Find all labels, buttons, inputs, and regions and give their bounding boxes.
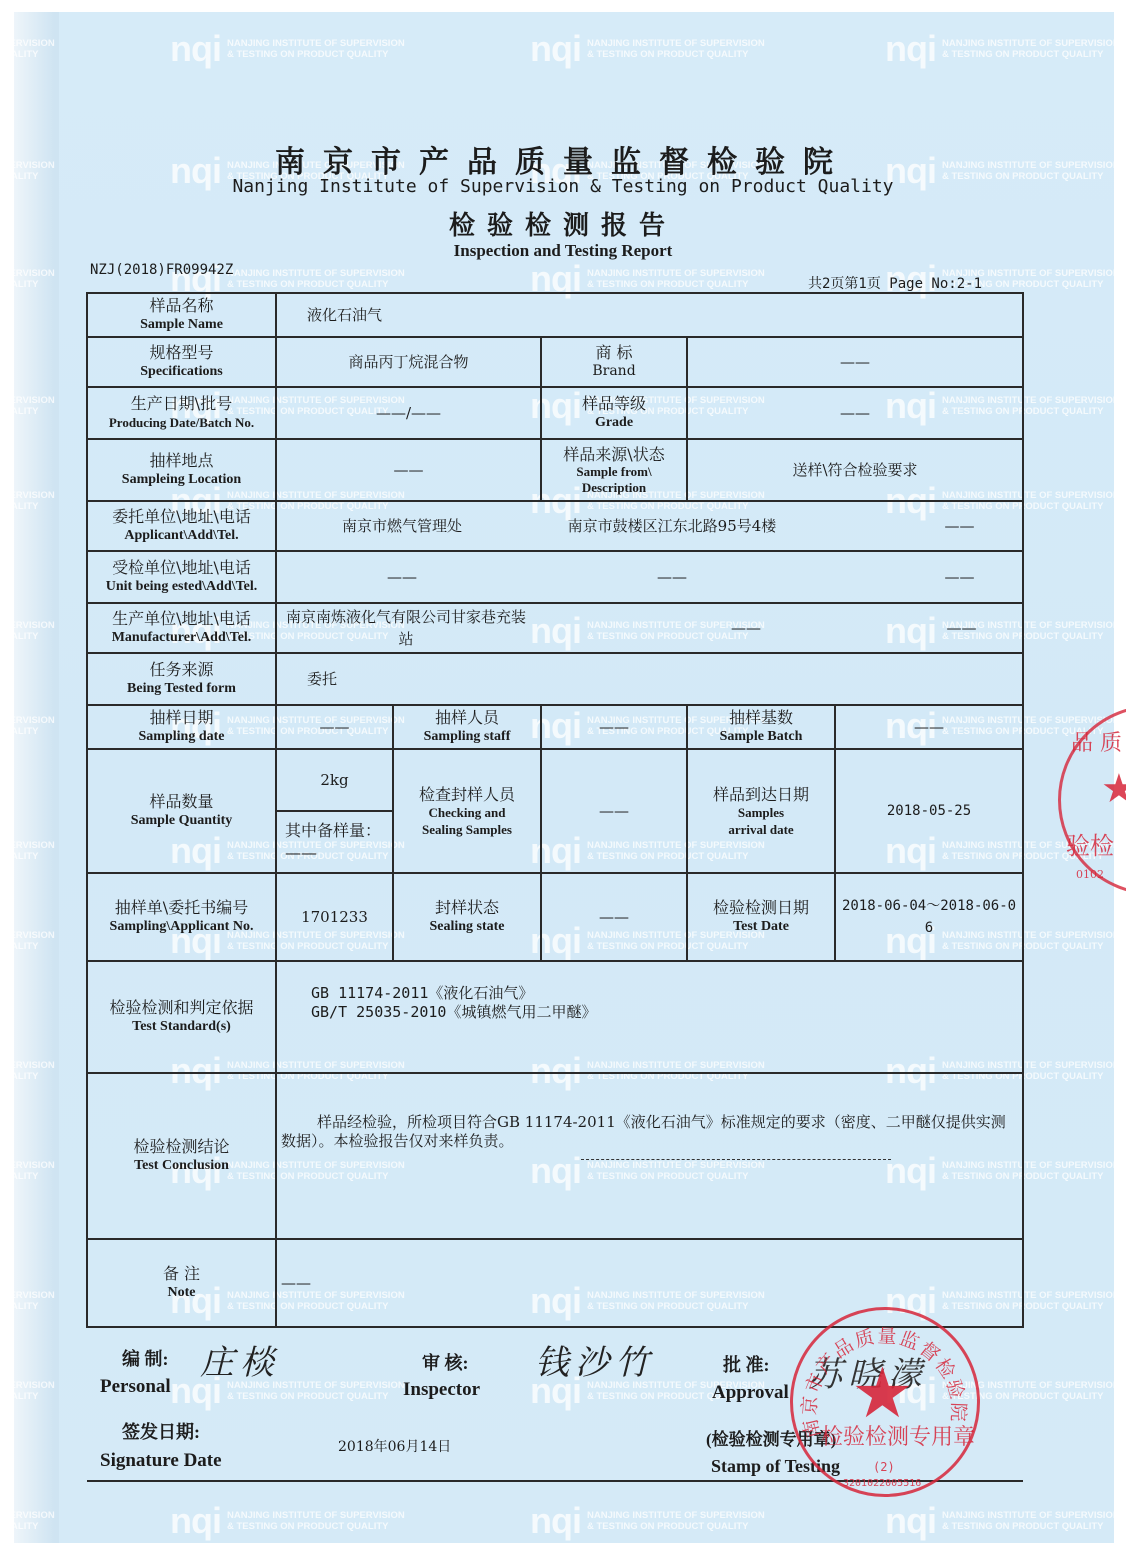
stamp-star-icon: ★ [851,1358,914,1428]
sealing-state-value: —— [541,873,687,961]
label-en: Sample Name [91,315,272,334]
label-en: Sealing state [397,917,537,936]
label-cn: 委托单位\地址\电话 [91,507,272,526]
page-info: 共2页第1页 Page No:2-1 [808,273,982,293]
checking-staff-value: —— [541,749,687,873]
label-en: Unit being ested\Add\Tel. [91,577,272,596]
label-en: Sampling date [91,727,272,746]
label-cn: 样品到达日期 [691,785,831,804]
personal-signature: 庄棪 [200,1335,280,1384]
stamp-serial: 3201022005516 [843,1478,921,1489]
manufacturer-tel: —— [891,619,1022,638]
unit-tested-tel: —— [817,568,1022,587]
stamp-center-text: 检验检测专用章 [821,1420,975,1451]
test-date-value: 2018-06-04～2018-06-06 [835,873,1023,961]
row-application-no: 抽样单\委托书编号Sampling\Applicant No. 1701233 … [87,873,1023,961]
personal-label-en: Personal [100,1376,171,1398]
official-stamp: 南京市产品质量监督检验院 ★ 检验检测专用章 (2) 3201022005516 [790,1307,980,1497]
sampling-location-value: —— [276,439,541,501]
label-en: Test Date [691,917,831,936]
applicant-address: 南京市鼓楼区江东北路95号4楼 [527,517,817,536]
row-conclusion: 检验检测结论Test Conclusion 样品经检验，所检项目符合GB 111… [87,1073,1023,1239]
personal-label-cn: 编 制: [122,1345,169,1371]
specifications-value: 商品丙丁烷混合物 [276,337,541,387]
application-no-value: 1701233 [276,873,393,961]
label-cn: 生产日期\批号 [91,394,272,413]
label-cn: 抽样基数 [691,708,831,727]
seam-stamp-serial: 0102 [1076,868,1104,881]
label-cn: 检验检测结论 [91,1137,272,1156]
approval-label-cn: 批 准: [723,1351,770,1377]
label-en: arrival date [691,821,831,838]
label-cn: 检查封样人员 [397,785,537,804]
brand-value: —— [687,337,1023,387]
label-en: Manufacturer\Add\Tel. [91,628,272,647]
label-en: Description [545,480,683,496]
row-specifications: 规格型号Specifications 商品丙丁烷混合物 商 标Brand —— [87,337,1023,387]
institute-name-cn: 南京市产品质量监督检验院 [0,137,1126,181]
row-manufacturer: 生产单位\地址\电话Manufacturer\Add\Tel. 南京南炼液化气有… [87,603,1023,653]
reserve-quantity: 其中备样量：—— [276,811,393,873]
inspector-label-cn: 审 核: [422,1349,469,1375]
row-sample-quantity: 样品数量Sample Quantity 2kg 检查封样人员Checking a… [87,749,1023,811]
row-applicant: 委托单位\地址\电话Applicant\Add\Tel. 南京市燃气管理处 南京… [87,501,1023,551]
label-en: Sample from\ [545,464,683,480]
label-en: Note [91,1283,272,1302]
date-label-en: Signature Date [100,1450,222,1472]
sampling-date-value: —— [276,705,393,749]
label-cn: 生产单位\地址\电话 [91,609,272,628]
label-en: Sample Quantity [91,811,272,830]
approval-label-en: Approval [712,1382,789,1404]
label-en: Being Tested form [91,679,272,698]
sampling-staff-value: —— [541,705,687,749]
conclusion-cell: 样品经检验，所检项目符合GB 11174-2011《液化石油气》标准规定的要求（… [276,1073,1023,1239]
row-producing-date: 生产日期\批号Producing Date/Batch No. ——/—— 样品… [87,387,1023,439]
label-en: Specifications [91,362,272,381]
test-standard-values: GB 11174-2011《液化石油气》 GB/T 25035-2010《城镇燃… [276,961,1023,1073]
inspector-signature: 钱沙竹 [535,1335,655,1384]
label-en: Test Conclusion [91,1156,272,1175]
applicant-name: 南京市燃气管理处 [277,517,527,536]
applicant-tel: —— [817,517,1022,536]
label-cn: 规格型号 [91,343,272,362]
conclusion-underline [581,1151,891,1160]
label-cn: 样品数量 [91,792,272,811]
report-title-cn: 检验检测报告 [0,205,1126,242]
label-cn: 抽样地点 [91,451,272,470]
label-cn: 抽样单\委托书编号 [91,898,272,917]
sample-batch-value: —— [835,705,1023,749]
label-en: Grade [545,413,683,432]
unit-tested-address: —— [527,568,817,587]
manufacturer-address: —— [531,619,891,638]
institute-name-en: Nanjing Institute of Supervision & Testi… [0,176,1126,197]
label-en: Sealing Samples [397,821,537,838]
label-en: Sampleing Location [91,470,272,489]
inspector-label-en: Inspector [403,1379,480,1401]
label-cn: 商 标 [545,343,683,362]
label-cn: 样品等级 [545,394,683,413]
label-cn: 样品名称 [91,296,272,315]
seam-stamp-text-2: 验检 [1066,826,1114,861]
conclusion-text: 样品经检验，所检项目符合GB 11174-2011《液化石油气》标准规定的要求（… [281,1113,1006,1151]
sample-from-value: 送样\符合检验要求 [687,439,1023,501]
manufacturer-values: 南京南炼液化气有限公司甘家巷充装站 —— —— [276,603,1023,653]
date-label-cn: 签发日期: [122,1418,200,1444]
producing-date-value: ——/—— [276,387,541,439]
seam-stamp-star-icon: ★ [1101,766,1126,812]
label-cn: 封样状态 [397,898,537,917]
row-unit-tested: 受检单位\地址\电话Unit being ested\Add\Tel. —— —… [87,551,1023,603]
label-en: Test Standard(s) [91,1017,272,1036]
seam-stamp-text: 品 质 [1071,726,1122,757]
label-cn: 检验检测日期 [691,898,831,917]
row-sample-name: 样品名称Sample Name 液化石油气 [87,293,1023,337]
label-en: Samples [691,804,831,821]
row-sampling-date: 抽样日期Sampling date —— 抽样人员Sampling staff … [87,705,1023,749]
sample-name-value: 液化石油气 [276,293,1023,337]
unit-tested-name: —— [277,568,527,587]
label-cn: 备 注 [91,1264,272,1283]
sample-quantity-value: 2kg [276,749,393,811]
report-title-en: Inspection and Testing Report [0,241,1126,261]
task-source-value: 委托 [276,653,1023,705]
report-table: 样品名称Sample Name 液化石油气 规格型号Specifications… [86,292,1024,1482]
label-en: Producing Date/Batch No. [91,413,272,432]
row-test-standard: 检验检测和判定依据Test Standard(s) GB 11174-2011《… [87,961,1023,1073]
signature-date-value: 2018年06月14日 [338,1436,451,1456]
report-number: NZJ(2018)FR09942Z [90,262,233,278]
label-en: Sampling staff [397,727,537,746]
label-en: Checking and [397,804,537,821]
manufacturer-name: 南京南炼液化气有限公司甘家巷充装站 [277,606,531,650]
label-en: Sampling\Applicant No. [91,917,272,936]
arrival-date-value: 2018-05-25 [835,749,1023,873]
label-en: Applicant\Add\Tel. [91,526,272,545]
label-cn: 检验检测和判定依据 [91,998,272,1017]
stamp-sub: (2) [873,1460,895,1474]
label-cn: 任务来源 [91,660,272,679]
label-en: Brand [545,362,683,381]
row-task-source: 任务来源Being Tested form 委托 [87,653,1023,705]
applicant-values: 南京市燃气管理处 南京市鼓楼区江东北路95号4楼 —— [276,501,1023,551]
grade-value: —— [687,387,1023,439]
label-cn: 受检单位\地址\电话 [91,558,272,577]
label-cn: 抽样日期 [91,708,272,727]
label-en: Sample Batch [691,727,831,746]
label-cn: 抽样人员 [397,708,537,727]
unit-tested-values: —— —— —— [276,551,1023,603]
label-cn: 样品来源\状态 [545,445,683,464]
test-standard-2: GB/T 25035-2010《城镇燃气用二甲醚》 [311,1003,1019,1022]
test-standard-1: GB 11174-2011《液化石油气》 [311,984,1019,1003]
row-sampling-location: 抽样地点Sampleing Location —— 样品来源\状态Sample … [87,439,1023,501]
